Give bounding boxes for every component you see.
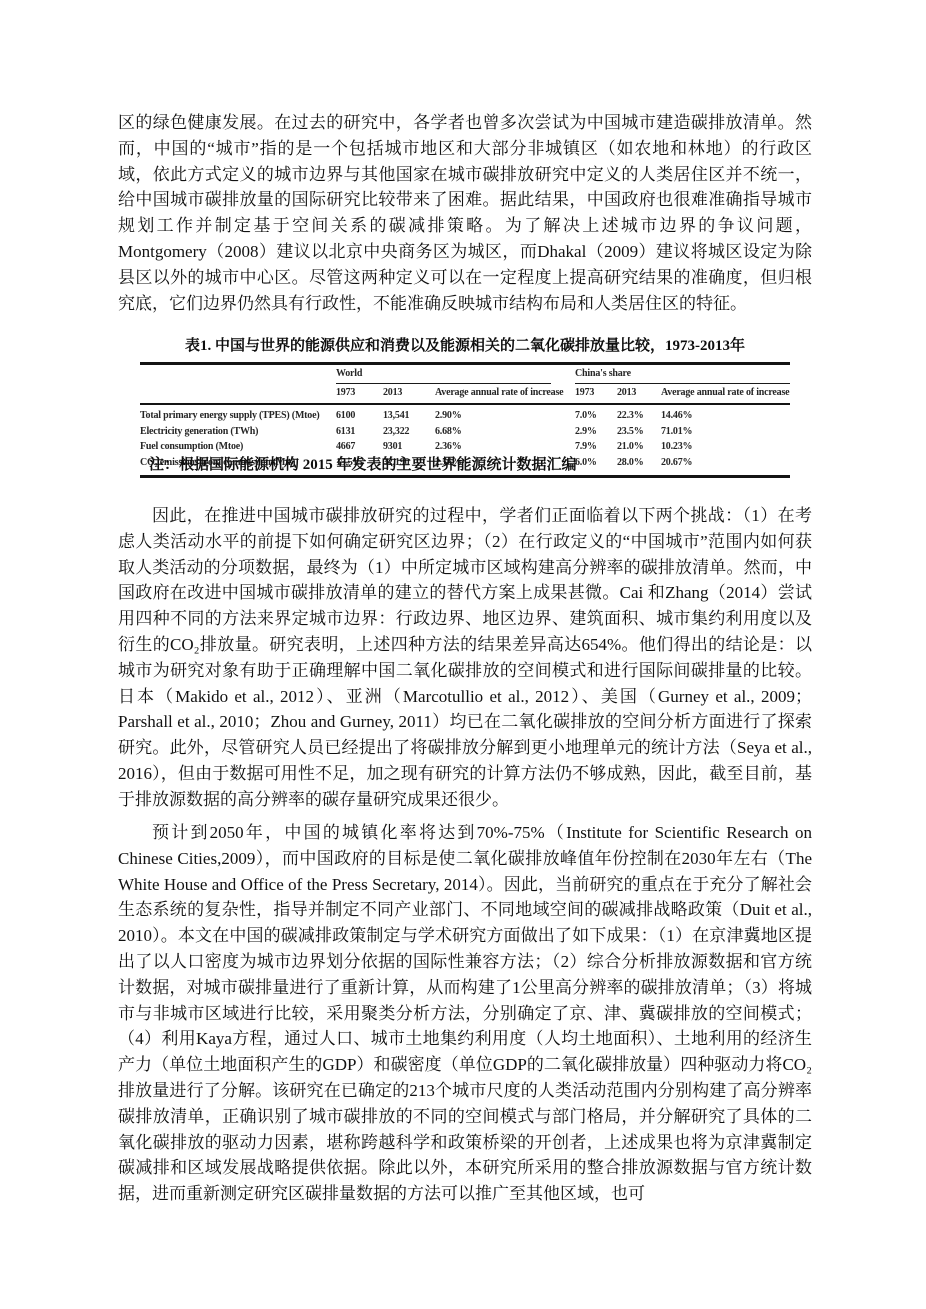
table-group-chinas-share: China's share [575,365,790,384]
table-subheader-empty [140,384,336,406]
table-group-chinas-share-label: China's share [575,365,790,384]
table-cell: 13,541 [383,405,435,424]
table-subheader-china-1973: 1973 [575,384,617,406]
table-subheader-world-1973: 1973 [336,384,383,406]
table-subheader-world-2013: 2013 [383,384,435,406]
table-group-world: World [336,365,575,384]
document-page: 区的绿色健康发展。在过去的研究中，各学者也曾多次尝试为中国城市建造碳排放清单。然… [0,0,926,1309]
table-row-label: Total primary energy supply (TPES) (Mtoe… [140,405,336,424]
table-cell: 6100 [336,405,383,424]
body-paragraph-3: 预计到2050年，中国的城镇化率将达到70%-75%（Institute for… [118,820,812,1207]
table-cell: 23,322 [383,424,435,440]
body-paragraph-1: 区的绿色健康发展。在过去的研究中，各学者也曾多次尝试为中国城市建造碳排放清单。然… [118,110,812,316]
table-cell: 2.9% [575,424,617,440]
table-note: 注：根据国际能源机构 2015 年发表的主要世界能源统计数据汇编 [149,453,809,474]
table-1-caption: 表1. 中国与世界的能源供应和消费以及能源相关的二氧化碳排放量比较，1973-2… [118,334,812,355]
table-cell: 22.3% [617,405,661,424]
table-cell: 14.46% [661,405,790,424]
table-subheader-china-rate: Average annual rate of increase [661,384,790,406]
table-row-label: Electricity generation (TWh) [140,424,336,440]
table-subheader-world-rate: Average annual rate of increase [435,384,575,406]
table-cell: 6131 [336,424,383,440]
body-paragraph-2: 因此，在推进中国城市碳排放研究的过程中，学者们正面临着以下两个挑战：（1）在考虑… [118,503,812,813]
table-cell: 71.01% [661,424,790,440]
table-subheader-china-2013: 2013 [617,384,661,406]
table-cell: 23.5% [617,424,661,440]
table-group-world-label: World [336,365,551,384]
table-corner-cell [140,365,336,384]
table-cell: 2.90% [435,405,575,424]
table-cell: 6.68% [435,424,575,440]
table-cell: 7.0% [575,405,617,424]
